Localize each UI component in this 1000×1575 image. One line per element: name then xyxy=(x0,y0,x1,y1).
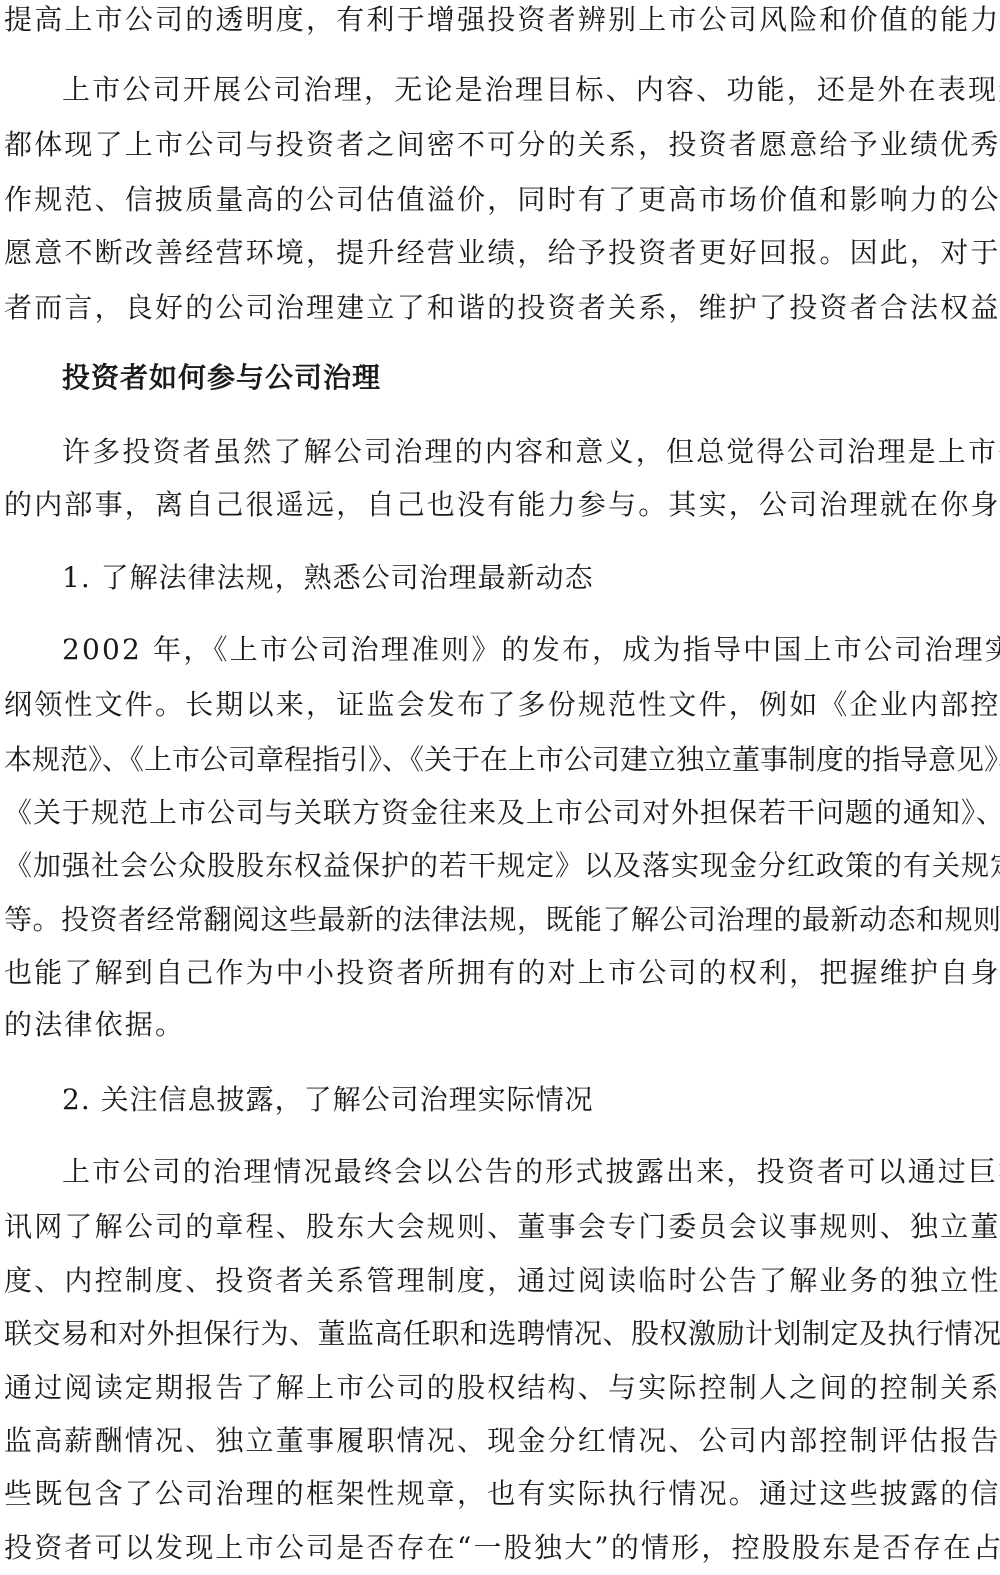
text-line: 本规范》、《上市公司章程指引》、《关于在上市公司建立独立董事制度的指导意见》、 xyxy=(4,742,974,778)
text-line: 些既包含了公司治理的框架性规章，也有实际执行情况。通过这些披露的信息， xyxy=(4,1476,974,1512)
subsection-heading-1: 1. 了解法律法规，熟悉公司治理最新动态 xyxy=(62,560,974,596)
text-line: 作规范、信披质量高的公司估值溢价，同时有了更高市场价值和影响力的公司也 xyxy=(4,182,974,218)
text-line: 的内部事，离自己很遥远，自己也没有能力参与。其实，公司治理就在你身边。 xyxy=(4,487,974,523)
text-line: 投资者可以发现上市公司是否存在“一股独大”的情形，控股股东是否存在占用 xyxy=(4,1530,974,1566)
text-line: 的法律依据。 xyxy=(4,1007,974,1043)
text-line: 讯网了解公司的章程、股东大会规则、董事会专门委员会议事规则、独立董事制 xyxy=(4,1209,974,1245)
text-line: 联交易和对外担保行为、董监高任职和选聘情况、股权激励计划制定及执行情况， xyxy=(4,1316,974,1352)
text-line: 等。投资者经常翻阅这些最新的法律法规，既能了解公司治理的最新动态和规则， xyxy=(4,902,974,938)
text-line: 也能了解到自己作为中小投资者所拥有的对上市公司的权利，把握维护自身利益 xyxy=(4,955,974,991)
text-line: 者而言，良好的公司治理建立了和谐的投资者关系，维护了投资者合法权益。 xyxy=(4,290,974,326)
text-line: 提高上市公司的透明度，有利于增强投资者辨别上市公司风险和价值的能力。 xyxy=(4,2,974,38)
text-line: 纲领性文件。长期以来，证监会发布了多份规范性文件，例如《企业内部控制基 xyxy=(4,687,974,723)
text-line: 都体现了上市公司与投资者之间密不可分的关系，投资者愿意给予业绩优秀、运 xyxy=(4,127,974,163)
section-heading: 投资者如何参与公司治理 xyxy=(62,360,974,396)
text-line: 《加强社会公众股股东权益保护的若干规定》以及落实现金分红政策的有关规定 xyxy=(4,848,974,884)
paragraph-first-line: 许多投资者虽然了解公司治理的内容和意义，但总觉得公司治理是上市公司 xyxy=(62,434,974,470)
paragraph-first-line: 上市公司开展公司治理，无论是治理目标、内容、功能，还是外在表现形式， xyxy=(62,72,974,108)
text-line: 愿意不断改善经营环境，提升经营业绩，给予投资者更好回报。因此，对于投资 xyxy=(4,235,974,271)
text-line: 监高薪酬情况、独立董事履职情况、现金分红情况、公司内部控制评估报告，这 xyxy=(4,1423,974,1459)
text-line: 度、内控制度、投资者关系管理制度，通过阅读临时公告了解业务的独立性、关 xyxy=(4,1263,974,1299)
text-line: 《关于规范上市公司与关联方资金往来及上市公司对外担保若干问题的通知》、 xyxy=(4,795,974,831)
subsection-heading-2: 2. 关注信息披露，了解公司治理实际情况 xyxy=(62,1082,974,1118)
text-line: 通过阅读定期报告了解上市公司的股权结构、与实际控制人之间的控制关系、董 xyxy=(4,1370,974,1406)
paragraph-first-line: 2002 年，《上市公司治理准则》的发布，成为指导中国上市公司治理实践的 xyxy=(62,632,974,668)
paragraph-first-line: 上市公司的治理情况最终会以公告的形式披露出来，投资者可以通过巨潮资 xyxy=(62,1154,974,1190)
